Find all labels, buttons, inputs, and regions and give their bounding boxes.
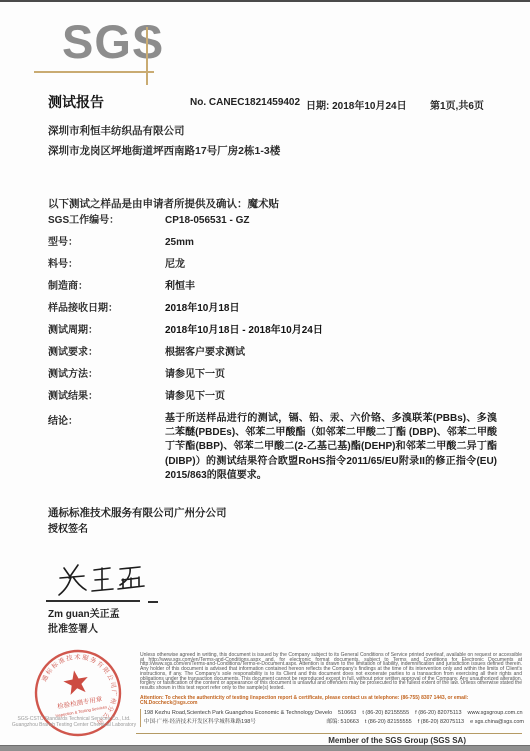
applicant-block: 深圳市利恒丰纺织品有限公司 深圳市龙岗区坪地街道坪西南路17号厂房2栋1-3楼 [48,121,280,161]
field-label: 测试周期： [48,324,165,338]
applicant-address: 深圳市龙岗区坪地街道坪西南路17号厂房2栋1-3楼 [48,141,280,161]
field-row-job-no: SGS工作编号： CP18-056531 - GZ [48,214,498,228]
field-label: 测试要求： [48,346,165,360]
website: www.sgsgroup.com.cn [468,709,523,718]
field-row-test-result: 测试结果： 请参见下一页 [48,390,498,404]
field-row-received-date: 样品接收日期： 2018年10月18日 [48,302,498,316]
field-list: SGS工作编号： CP18-056531 - GZ 型号： 25mm 料号： 尼… [48,214,498,483]
address-en: 198 Kezhu Road,Scientech Park Guangzhou … [144,709,332,718]
signer-name: Zm guan关正孟 [48,605,120,620]
signer-role: 批准签署人 [48,620,98,635]
field-value: 2018年10月18日 [165,302,240,316]
fax-cn: f (86-20) 82075113 [418,718,464,727]
inspection-stamp-seal: 通标标准技术服务有限公司广州分公司 检验检测专用章 Inspection & T… [20,635,136,751]
field-value: 利恒丰 [165,280,195,294]
issuing-company: 通标标准技术服务有限公司广州分公司 [48,505,227,520]
authorized-signature-label: 授权签名 [48,520,88,535]
field-label: 料号： [48,258,165,272]
legal-disclaimer: Unless otherwise agreed in writing, this… [140,653,522,691]
sgs-logo: SGS [62,14,164,69]
scan-bottom-edge [0,745,530,751]
field-row-test-request: 测试要求： 根据客户要求测试 [48,346,498,360]
postcode-en: 510663 [338,709,356,718]
logo-horizontal-rule [34,71,154,73]
tel-en: t (86-20) 82155555 [362,709,409,718]
logo-vertical-rule [146,27,148,85]
conclusion-text: 基于所送样品进行的测试，镉、铅、汞、六价铬、多溴联苯(PBBs)、多溴二苯醚(P… [165,412,497,483]
handwritten-signature [52,560,162,602]
conclusion-row: 结论： 基于所送样品进行的测试，镉、铅、汞、六价铬、多溴联苯(PBBs)、多溴二… [48,412,498,483]
field-row-test-period: 测试周期： 2018年10月18日 - 2018年10月24日 [48,324,498,338]
authenticity-attention-note: Attention: To check the authenticity of … [140,696,522,706]
report-number: No. CANEC1821459402 [190,97,300,108]
field-value: 请参见下一页 [165,390,225,404]
signature-dash [148,601,158,603]
field-row-model: 型号： 25mm [48,236,498,250]
scan-top-edge [0,0,530,2]
field-label: 样品接收日期： [48,302,165,316]
address-row-en: 198 Kezhu Road,Scientech Park Guangzhou … [144,709,524,718]
field-label: 测试方法： [48,368,165,382]
footer-rule [136,733,522,734]
stamp-star-icon [62,668,90,695]
field-value: 请参见下一页 [165,368,225,382]
sample-statement: 以下测试之样品是由申请者所提供及确认：魔术贴 [48,196,279,211]
field-label: SGS工作编号： [48,214,165,228]
field-row-test-method: 测试方法： 请参见下一页 [48,368,498,382]
field-value: CP18-056531 - GZ [165,214,250,228]
page-indicator: 第1页,共6页 [430,97,484,112]
field-value: 2018年10月18日 - 2018年10月24日 [165,324,323,338]
test-report-page: SGS 测试报告 No. CANEC1821459402 日期: 2018年10… [0,0,530,751]
signature-underline [46,600,140,602]
report-date: 日期: 2018年10月24日 [306,97,407,112]
field-value: 尼龙 [165,258,185,272]
address-block: 198 Kezhu Road,Scientech Park Guangzhou … [140,709,524,727]
tel-cn: t (86-20) 82155555 [365,718,412,727]
field-label: 型号： [48,236,165,250]
field-row-material: 料号： 尼龙 [48,258,498,272]
field-label: 制造商： [48,280,165,294]
field-value: 根据客户要求测试 [165,346,245,360]
page-title: 测试报告 [48,92,104,112]
address-row-cn: 中国·广州·经济技术开发区科学城科珠路198号 邮编: 510663 t (86… [144,718,524,727]
field-row-manufacturer: 制造商： 利恒丰 [48,280,498,294]
fax-en: f (86-20) 82075113 [415,709,461,718]
lab-name-line2: Guangzhou Branch Testing Center Chemical… [10,722,138,728]
sgs-member-line: Member of the SGS Group (SGS SA) [0,736,466,745]
conclusion-label: 结论： [48,412,165,483]
email: e sgs.china@sgs.com [470,718,524,727]
applicant-name: 深圳市利恒丰纺织品有限公司 [48,121,280,141]
postcode-cn: 邮编: 510663 [327,718,359,727]
field-value: 25mm [165,236,194,250]
field-label: 测试结果： [48,390,165,404]
address-cn: 中国·广州·经济技术开发区科学城科珠路198号 [144,718,321,727]
lab-name-block: SGS-CSTC Standards Technical Services Co… [10,716,138,728]
